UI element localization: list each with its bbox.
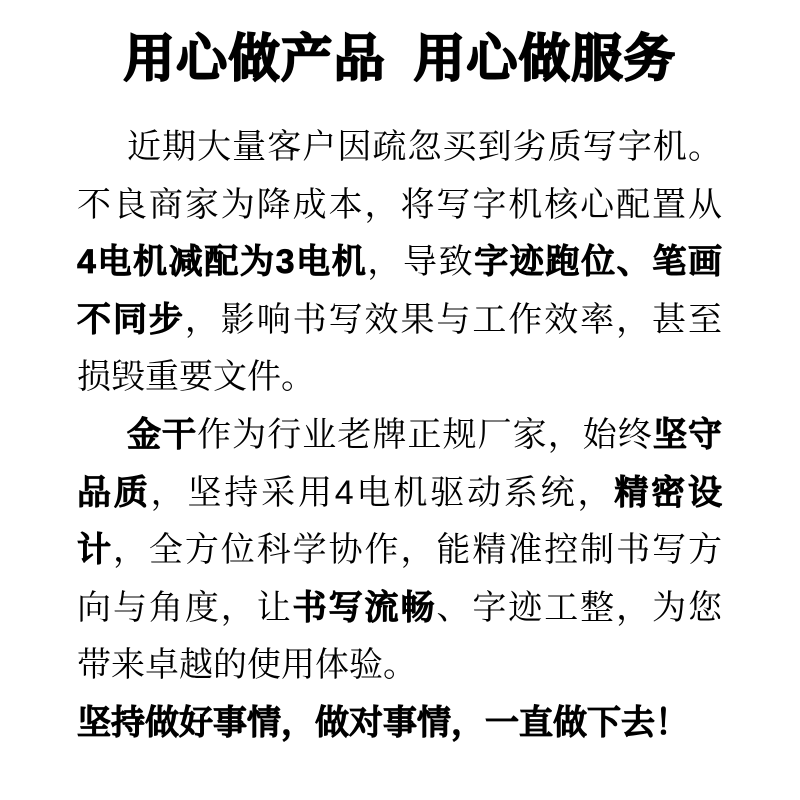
text-run-bold: 书写流畅 (293, 589, 437, 627)
text-run-bold: 精密设 (614, 474, 722, 512)
para1-line4: 不同步，影响书写效果与工作效率，甚至 (77, 292, 722, 350)
para1-line5: 损毁重要文件。 (77, 349, 722, 407)
promo-text-page: 用心做产品 用心做服务 近期大量客户因疏忽买到劣质写字机。 不良商家为降成本，将… (0, 0, 800, 800)
text-run-bold: 坚守 (653, 416, 722, 454)
text-run: 作为行业老牌正规厂家，始终 (197, 416, 653, 454)
text-run: 损毁重要文件。 (77, 358, 315, 396)
text-run: ，影响书写效果与工作效率，甚至 (185, 301, 722, 339)
text-run: ，全方位科学协作，能精准控制书写方 (113, 531, 722, 569)
text-run-bold: 坚持做好事情，做对事情，一直做下去！ (77, 704, 689, 742)
body-text: 近期大量客户因疏忽买到劣质写字机。 不良商家为降成本，将写字机核心配置从 4电机… (77, 119, 722, 753)
para2-line1: 金干作为行业老牌正规厂家，始终坚守 (77, 407, 722, 465)
text-run-bold: 不同步 (77, 301, 185, 339)
para2-line5: 带来卓越的使用体验。 (77, 637, 722, 695)
text-run-bold: 计 (77, 531, 113, 569)
text-run: 带来卓越的使用体验。 (77, 646, 417, 684)
para1-line3: 4电机减配为3电机，导致字迹跑位、笔画 (77, 234, 722, 292)
text-run: 、字迹工整，为您 (436, 589, 722, 627)
text-run-bold: 4电机减配为3电机 (77, 243, 367, 281)
text-run: 不良商家为降成本，将写字机核心配置从 (77, 186, 722, 224)
para1-line1: 近期大量客户因疏忽买到劣质写字机。 (77, 119, 722, 177)
para2-line4: 向与角度，让书写流畅、字迹工整，为您 (77, 580, 722, 638)
slogan-line: 坚持做好事情，做对事情，一直做下去！ (77, 695, 722, 753)
text-run: 向与角度，让 (77, 589, 293, 627)
text-run: 近期大量客户因疏忽买到劣质写字机。 (127, 128, 722, 166)
para1-line2: 不良商家为降成本，将写字机核心配置从 (77, 177, 722, 235)
para2-line2: 品质，坚持采用4电机驱动系统，精密设 (77, 465, 722, 523)
page-title: 用心做产品 用心做服务 (10, 27, 790, 91)
text-run-bold: 品质 (77, 474, 151, 512)
text-run-bold: 字迹跑位、笔画 (474, 243, 722, 281)
text-run-bold: 金干 (127, 416, 197, 454)
text-run: ，导致 (367, 243, 474, 281)
para2-line3: 计，全方位科学协作，能精准控制书写方 (77, 522, 722, 580)
text-run: ，坚持采用4电机驱动系统， (151, 474, 615, 512)
